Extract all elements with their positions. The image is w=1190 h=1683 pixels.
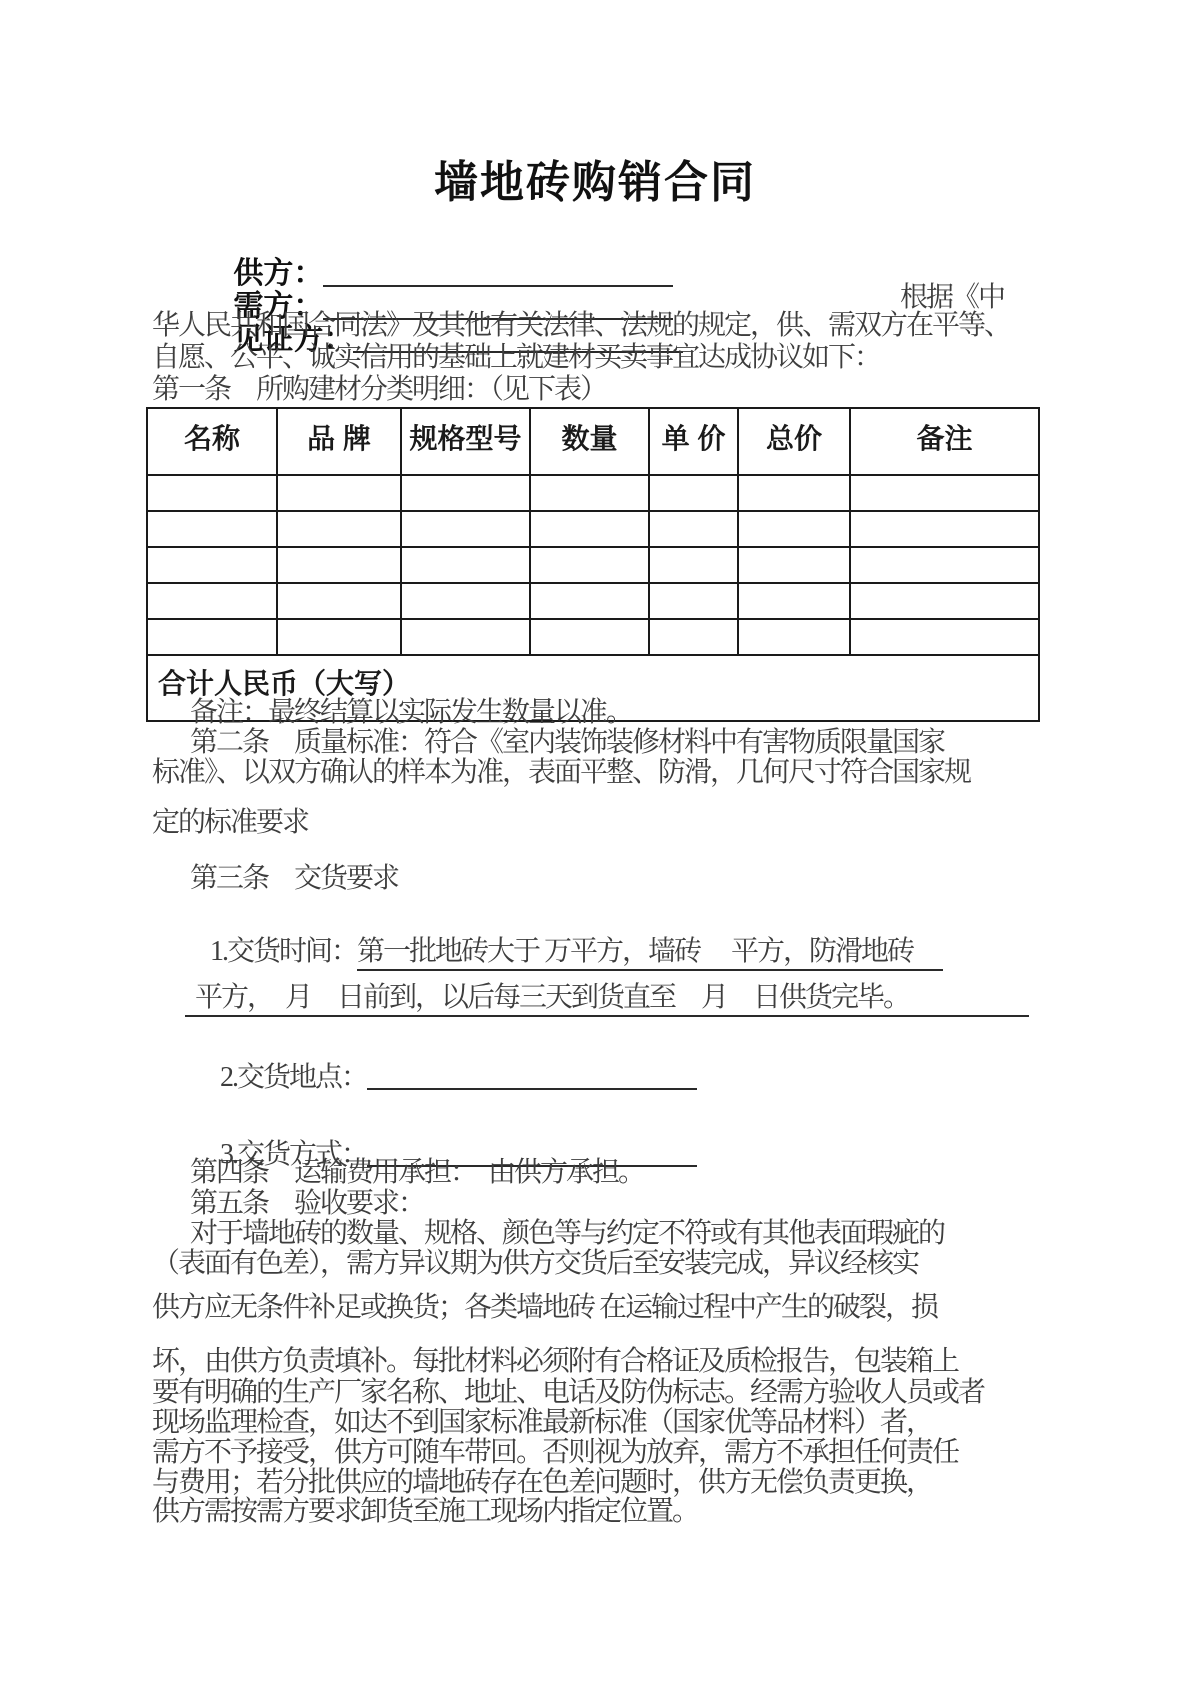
empty-cell[interactable] [738,547,850,583]
empty-cell[interactable] [850,511,1039,547]
table-row [147,583,1039,619]
empty-cell[interactable] [649,475,738,511]
empty-cell[interactable] [277,511,401,547]
empty-cell[interactable] [738,475,850,511]
delivery-time-fill-2[interactable]: 平方， 月 日前到，以后每三天到货直至 月 日供货完毕。 [185,982,1029,1017]
clause5-line-3: 供方应无条件补足或换货；各类墙地砖 在运输过程中产生的破裂，损 [152,1291,937,1325]
empty-cell[interactable] [401,511,530,547]
clause5-line-9: 供方需按需方要求卸货至施工现场内指定位置。 [152,1495,698,1529]
empty-cell[interactable] [850,583,1039,619]
clause2-line-2: 标准》、以双方确认的样本为准，表面平整、防滑，几何尺寸符合国家规 [152,756,970,790]
col-header-spec: 规格型号 [401,408,530,475]
contract-document: 墙地砖购销合同 供方： 需方： 见证方： 根据《中 华人民共和国合同法》及其他有… [0,0,1190,1683]
clause5-line-1: 对于墙地砖的数量、规格、颜色等与约定不符或有其他表面瑕疵的 [190,1217,944,1251]
page-title: 墙地砖购销合同 [0,146,1190,210]
empty-cell[interactable] [530,619,649,655]
clause3-heading: 第三条 交货要求 [190,862,398,896]
empty-cell[interactable] [649,619,738,655]
empty-cell[interactable] [147,511,277,547]
empty-cell[interactable] [850,475,1039,511]
col-header-unit-price: 单 价 [649,408,738,475]
clause5-line-4: 坏，由供方负责填补。每批材料必须附有合格证及质检报告，包装箱上 [152,1345,958,1379]
col-header-quantity: 数量 [530,408,649,475]
preamble-line-1: 华人民共和国合同法》及其他有关法律、法规的规定，供、需双方在平等、 [152,309,1010,343]
col-header-total-price: 总价 [738,408,850,475]
empty-cell[interactable] [738,619,850,655]
preamble-line-2: 自愿、公平、诚实信用的基础上就建材买卖事宜达成协议如下： [152,341,880,375]
empty-cell[interactable] [147,619,277,655]
clause1-heading: 第一条 所购建材分类明细：（见下表） [152,373,606,407]
empty-cell[interactable] [649,547,738,583]
empty-cell[interactable] [147,583,277,619]
empty-cell[interactable] [530,511,649,547]
empty-cell[interactable] [147,547,277,583]
table-row [147,475,1039,511]
empty-cell[interactable] [401,475,530,511]
empty-cell[interactable] [850,619,1039,655]
clause5-line-2: （表面有色差），需方异议期为供方交货后至安装完成，异议经核实 [152,1247,918,1281]
empty-cell[interactable] [738,511,850,547]
delivery-place-fill-blank[interactable] [367,1058,697,1090]
col-header-remarks: 备注 [850,408,1039,475]
empty-cell[interactable] [401,619,530,655]
clause4-line: 第四条 运输费用承担： 由供方承担。 [190,1156,644,1190]
table-row [147,511,1039,547]
settlement-note: 备注：最终结算以实际发生数量以准。 [190,696,632,730]
empty-cell[interactable] [530,547,649,583]
empty-cell[interactable] [530,583,649,619]
table-row [147,619,1039,655]
clause5-line-6: 现场监理检查，如达不到国家标准最新标准（国家优等品材料）者， [152,1406,932,1440]
clause5-heading: 第五条 验收要求： [190,1187,424,1221]
empty-cell[interactable] [738,583,850,619]
empty-cell[interactable] [277,547,401,583]
empty-cell[interactable] [277,475,401,511]
empty-cell[interactable] [530,475,649,511]
empty-cell[interactable] [147,475,277,511]
empty-cell[interactable] [401,547,530,583]
empty-cell[interactable] [649,583,738,619]
col-header-name: 名称 [147,408,277,475]
empty-cell[interactable] [277,583,401,619]
col-header-brand: 品 牌 [277,408,401,475]
table-header-row: 名称 品 牌 规格型号 数量 单 价 总价 备注 [147,408,1039,475]
clause5-line-7: 需方不予接受，供方可随车带回。否则视为放弃，需方不承担任何责任 [152,1436,958,1470]
delivery-place-label: 2.交货地点： [220,1062,367,1093]
clause2-line-1: 第二条 质量标准：符合《室内装饰装修材料中有害物质限量国家 [190,726,944,760]
materials-table: 名称 品 牌 规格型号 数量 单 价 总价 备注 合计人民币（大写） [146,407,1040,722]
clause2-line-3: 定的标准要求 [152,806,308,840]
empty-cell[interactable] [850,547,1039,583]
table-row [147,547,1039,583]
empty-cell[interactable] [649,511,738,547]
empty-cell[interactable] [277,619,401,655]
empty-cell[interactable] [401,583,530,619]
clause5-line-5: 要有明确的生产厂家名称、地址、电话及防伪标志。经需方验收人员或者 [152,1376,984,1410]
